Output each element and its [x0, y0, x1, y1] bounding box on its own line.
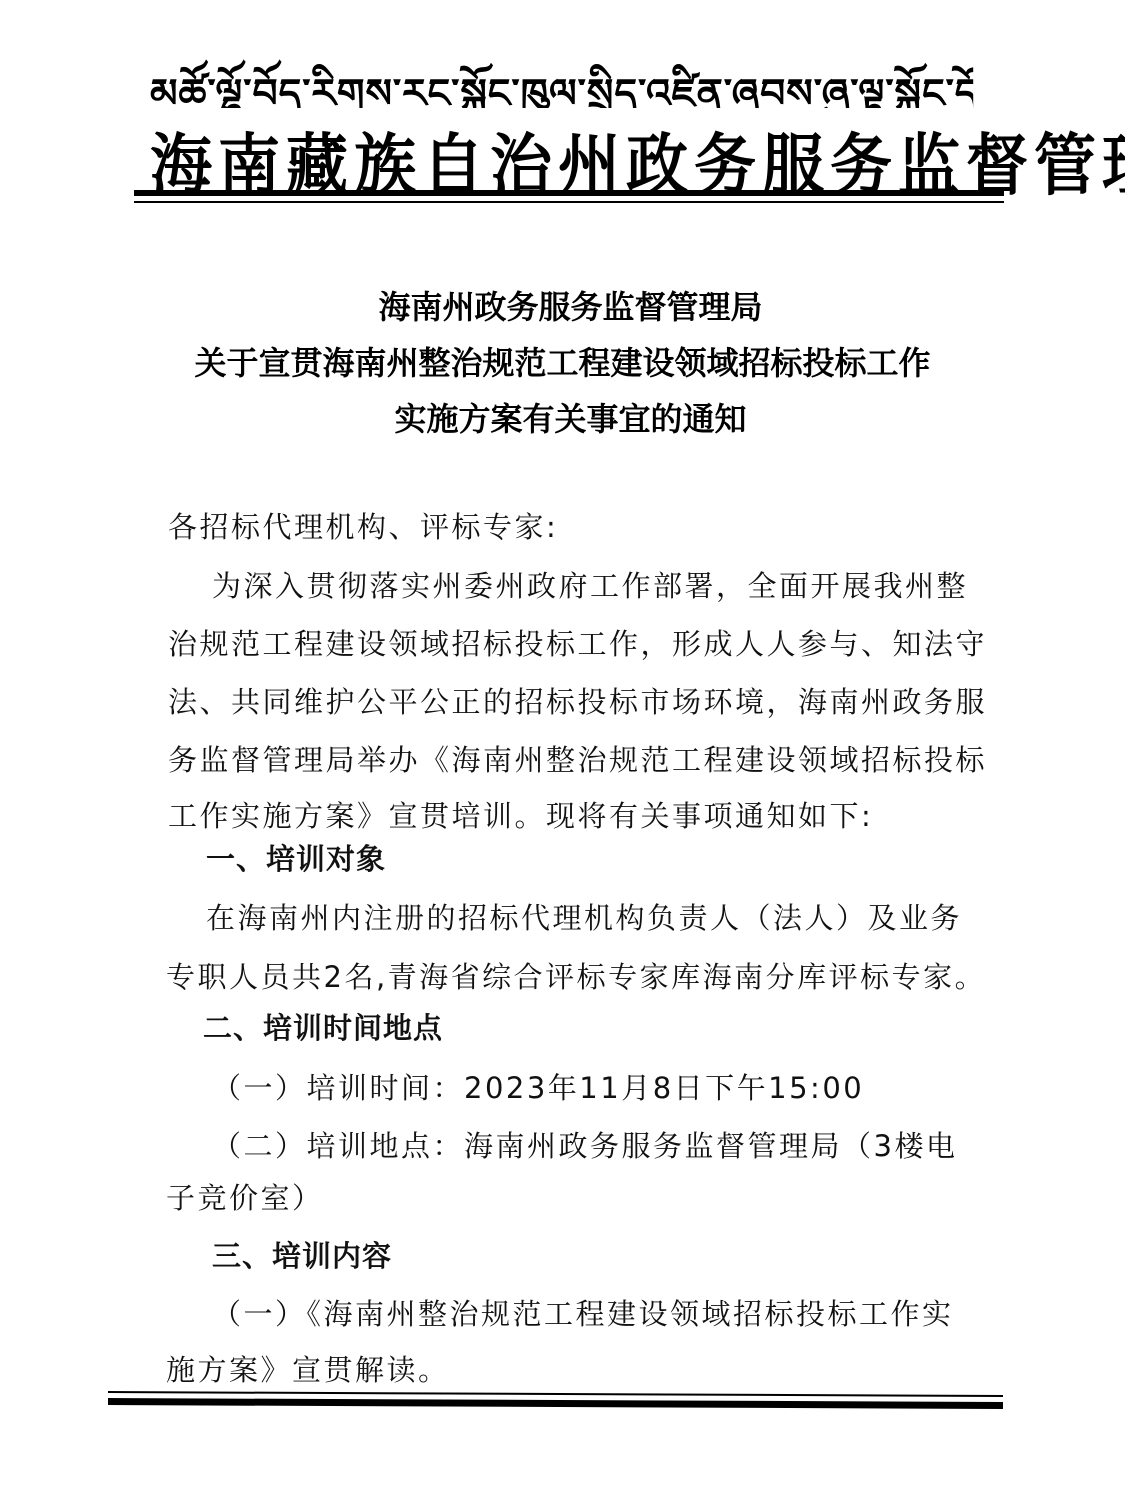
intro-line-5: 工作实施方案》宣贯培训。现将有关事项通知如下: [168, 794, 873, 835]
title-line-3: 实施方案有关事宜的通知 [8, 394, 1125, 440]
letterhead-tibetan-title: མཚོ་ལྷོ་བོད་རིགས་རང་སྐྱོང་ཁུལ་སྲིད་འཛིན་… [150, 48, 973, 108]
section-2-line-1: （一）培训时间：2023年11月8日下午15:00 [212, 1066, 864, 1107]
section-2-line-2: （二）培训地点：海南州政务服务监督管理局（3楼电 [212, 1124, 957, 1165]
section-2-heading: 二、培训时间地点 [203, 1006, 443, 1047]
salutation: 各招标代理机构、评标专家: [168, 505, 558, 546]
header-divider-thick [134, 190, 1004, 196]
section-1-heading: 一、培训对象 [206, 837, 386, 878]
letterhead-organization-name: 海南藏族自治州政务服务监督管理局 [150, 112, 990, 198]
section-3-line-2: 施方案》宣贯解读。 [166, 1348, 450, 1389]
footer-divider-thick [108, 1398, 1003, 1409]
intro-line-4: 务监督管理局举办《海南州整治规范工程建设领域招标投标 [168, 738, 987, 779]
intro-line-1: 为深入贯彻落实州委州政府工作部署，全面开展我州整 [212, 564, 968, 605]
header-divider-thin [134, 201, 1004, 203]
section-3-heading: 三、培训内容 [212, 1234, 392, 1275]
section-1-line-2: 专职人员共2名,青海省综合评标专家库海南分库评标专家。 [166, 955, 986, 996]
section-2-line-3: 子竞价室） [166, 1176, 324, 1217]
section-3-line-1: （一）《海南州整治规范工程建设领域招标投标工作实 [212, 1292, 954, 1333]
intro-line-2: 治规范工程建设领域招标投标工作，形成人人参与、知法守 [168, 622, 987, 663]
footer-divider-thin [108, 1391, 1003, 1397]
intro-line-3: 法、共同维护公平公正的招标投标市场环境，海南州政务服 [168, 680, 987, 721]
section-1-line-1: 在海南州内注册的招标代理机构负责人（法人）及业务 [206, 896, 962, 937]
title-line-2: 关于宣贯海南州整治规范工程建设领域招标投标工作 [0, 338, 1125, 384]
title-line-1: 海南州政务服务监督管理局 [8, 282, 1125, 328]
